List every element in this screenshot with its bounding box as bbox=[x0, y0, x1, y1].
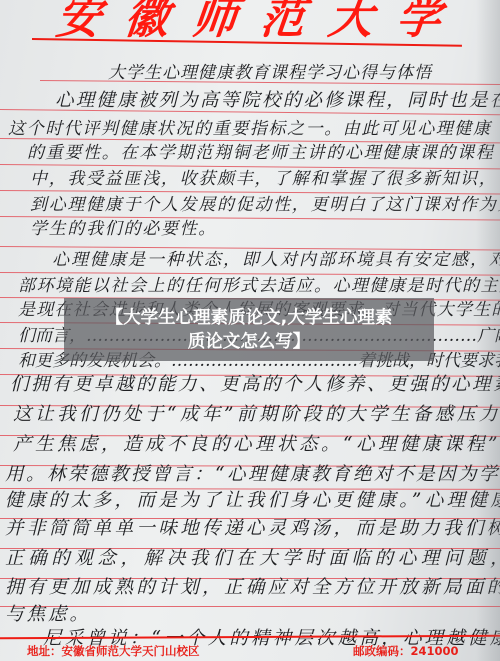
overlay-title-line-2: 质论文怎么写】 bbox=[188, 330, 311, 354]
handwritten-essay-photo: 安 徽 师 范 大 学 大学生心理健康教育课程学习心得与体悟 心理健康被列为高等… bbox=[0, 0, 500, 661]
overlay-title-line-1: 【大学生心理素质论文,大学生心理素 bbox=[106, 306, 393, 330]
essay-title: 大学生心理健康教育课程学习心得与体悟 bbox=[108, 58, 432, 83]
essay-line: 拥有更加成熟的计划，正确应对全方位开放新局面的压力 bbox=[5, 573, 500, 599]
essay-line: 与焦虑。 bbox=[5, 600, 91, 626]
essay-line: 正确的观念，解决我们在大学时面临的心理问题，对大学 bbox=[5, 544, 500, 570]
essay-line: 到心理健康于个人发展的促动性，更明白了这门课对作为大 bbox=[30, 190, 500, 215]
essay-line: 部环境能以社会上的任何形式去适应。心理健康是时代的主题， bbox=[18, 271, 500, 296]
essay-line: 心理健康是一种状态，即人对内部环境具有安定感，对外 bbox=[52, 245, 500, 270]
letterhead-footer: 地址：安徽省师范大学天门山校区 邮政编码：241000 bbox=[0, 640, 500, 661]
essay-line: 这让我们仍处于“成年”前期阶段的大学生备感压力，甚至 bbox=[13, 400, 500, 426]
essay-line: 用。林荣德教授曾言：“心理健康教育绝对不是因为学生中不 bbox=[5, 460, 500, 486]
essay-line: 心理健康被列为高等院校的必修课程，同时也是在当下 bbox=[55, 86, 500, 112]
footer-postal-code: 邮政编码：241000 bbox=[353, 643, 459, 659]
essay-line: 中，我受益匪浅，收获颇丰，了解和掌握了很多新知识，认识 bbox=[30, 164, 500, 189]
essay-line: 并非简简单单一味地传递心灵鸡汤，而是助力我们树立更加 bbox=[5, 514, 500, 540]
essay-line: 们拥有更卓越的能力、更高的个人修养、更强的心理素质。 bbox=[10, 370, 500, 396]
essay-line: 产生焦虑，造成不良的心理状态。“心理健康课程”恰如应 bbox=[13, 430, 500, 456]
footer-address: 地址：安徽省师范大学天门山校区 bbox=[27, 643, 200, 659]
essay-line: 这个时代评判健康状况的重要指标之一。由此可见心理健康 bbox=[8, 114, 492, 139]
page-edge-shadow bbox=[476, 0, 500, 661]
essay-line: 健康的太多，而是为了让我们身心更健康。”心理健康课程 bbox=[5, 486, 500, 512]
essay-line: 学生的我们的必要性。 bbox=[30, 214, 217, 239]
essay-line: 的重要性。在本学期范翔铜老师主讲的心理健康课的课程 bbox=[27, 138, 495, 163]
title-overlay-banner: 【大学生心理素质论文,大学生心理素 质论文怎么写】 bbox=[64, 298, 434, 361]
